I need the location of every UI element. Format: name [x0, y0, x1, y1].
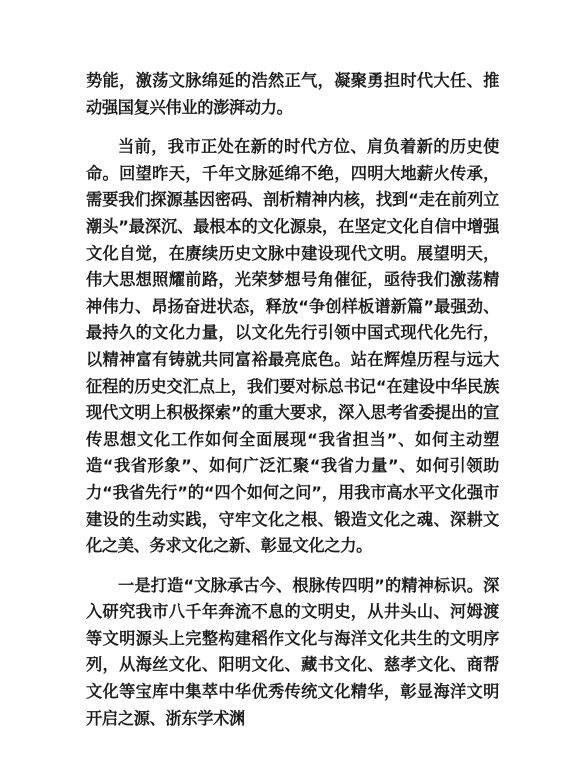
document-page: 势能，激荡文脉绵延的浩然正气，凝聚勇担时代大任、推动强国复兴伟业的澎湃动力。 当… [86, 68, 499, 732]
paragraph-current-situation: 当前，我市正处在新的时代方位、肩负着新的历史使命。回望昨天，千年文脉延绵不绝，四… [86, 134, 499, 560]
paragraph-continuation: 势能，激荡文脉绵延的浩然正气，凝聚勇担时代大任、推动强国复兴伟业的澎湃动力。 [86, 68, 499, 121]
paragraph-point-one: 一是打造“文脉承古今、根脉传四明”的精神标识。深入研究我市八千年奔流不息的文明史… [86, 573, 499, 733]
